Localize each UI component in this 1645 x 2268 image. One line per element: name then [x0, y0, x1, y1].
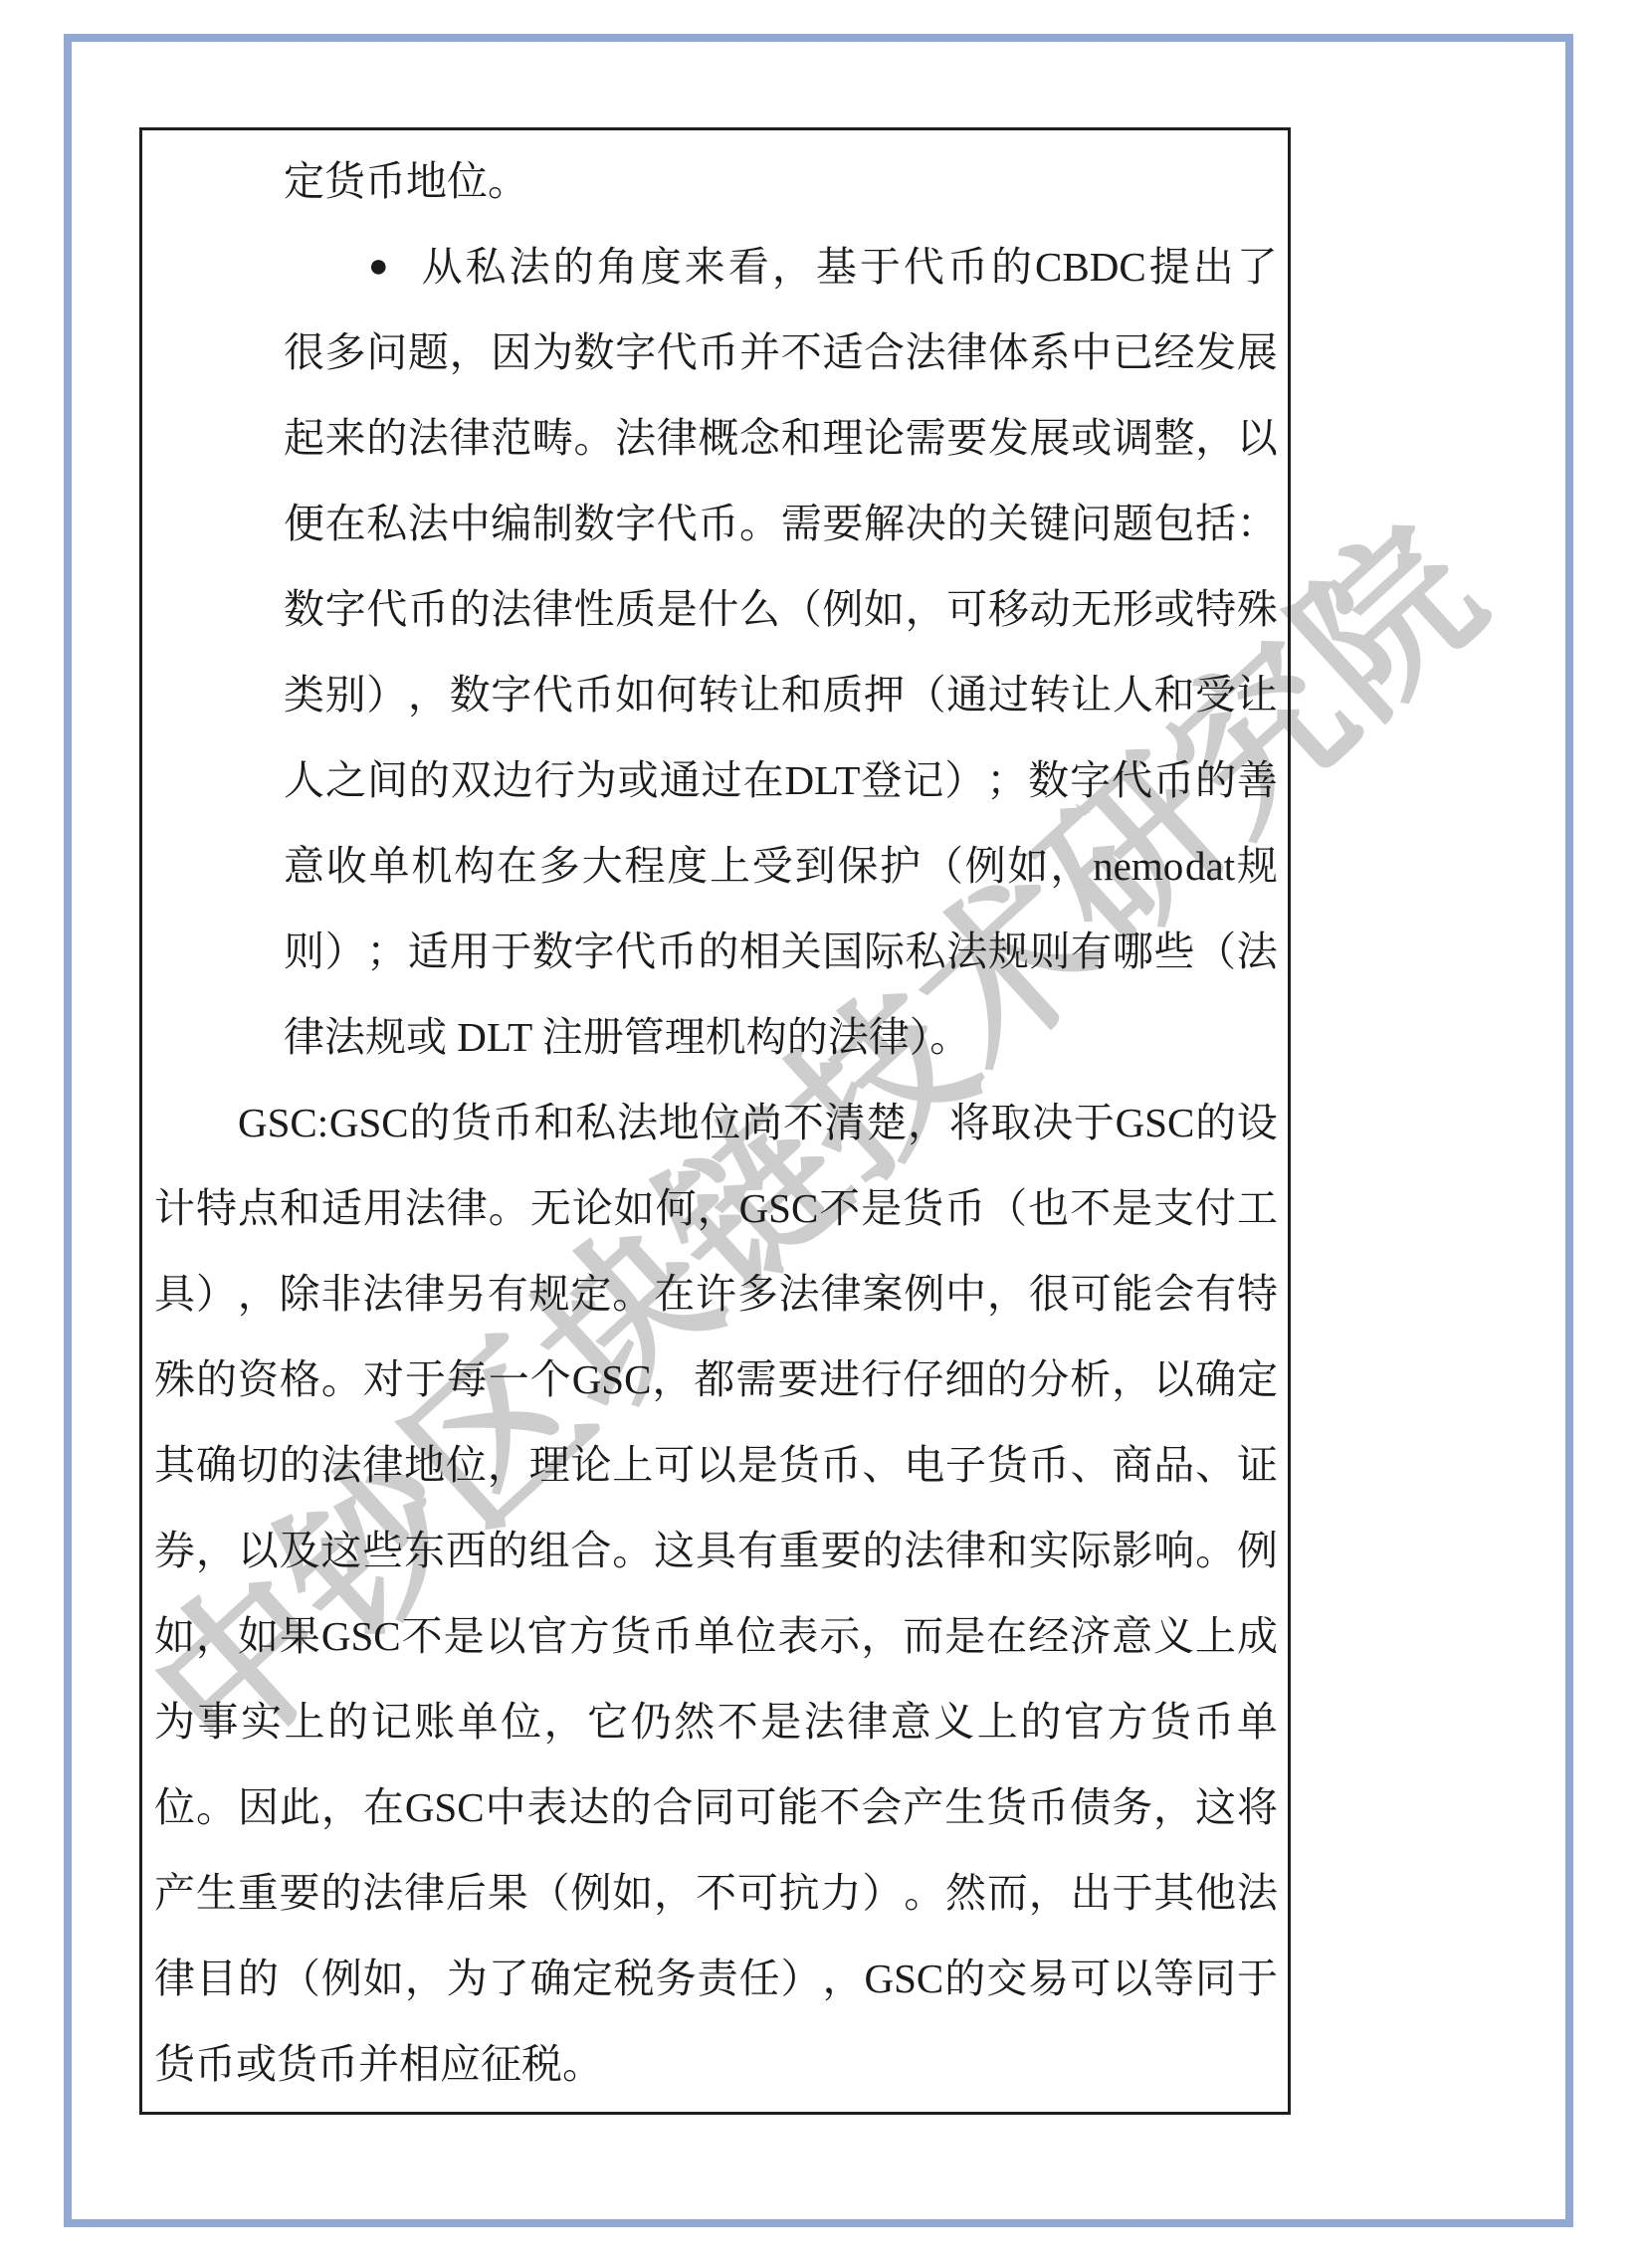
text-line: GSC:GSC的货币和私法地位尚不清楚，将取决于GSC的设: [154, 1080, 1278, 1165]
text-line: 人之间的双边行为或通过在DLT登记）；数字代币的善: [154, 737, 1278, 823]
text-line: 意收单机构在多大程度上受到保护（例如，nemodat规: [154, 823, 1278, 909]
text-line: 产生重要的法律后果（例如，不可抗力）。然而，出于其他法: [154, 1850, 1278, 1936]
text-line: 券，以及这些东西的组合。这具有重要的法律和实际影响。例: [154, 1508, 1278, 1593]
document-page: 中钞区块链技术研究院 定货币地位。●从私法的角度来看，基于代币的CBDC提出了很…: [0, 0, 1645, 2268]
text-line: 如，如果GSC不是以官方货币单位表示，而是在经济意义上成: [154, 1593, 1278, 1679]
text-line: 其确切的法律地位，理论上可以是货币、电子货币、商品、证: [154, 1422, 1278, 1508]
text-line: 律目的（例如，为了确定税务责任），GSC的交易可以等同于: [154, 1936, 1278, 2021]
paragraph-lines: 定货币地位。●从私法的角度来看，基于代币的CBDC提出了很多问题，因为数字代币并…: [154, 138, 1278, 2107]
text-line: 便在私法中编制数字代币。需要解决的关键问题包括：: [154, 481, 1278, 566]
text-line: 很多问题，因为数字代币并不适合法律体系中已经发展: [154, 309, 1278, 395]
text-line: 类别），数字代币如何转让和质押（通过转让人和受让: [154, 652, 1278, 737]
content-text-box: 定货币地位。●从私法的角度来看，基于代币的CBDC提出了很多问题，因为数字代币并…: [139, 127, 1291, 2115]
text-line: 律法规或 DLT 注册管理机构的法律）。: [154, 994, 1278, 1080]
text-line: 货币或货币并相应征税。: [154, 2021, 1278, 2107]
text-line: 为事实上的记账单位，它仍然不是法律意义上的官方货币单: [154, 1679, 1278, 1764]
text-line: 计特点和适用法律。无论如何，GSC不是货币（也不是支付工: [154, 1165, 1278, 1251]
text-line: 殊的资格。对于每一个GSC，都需要进行仔细的分析，以确定: [154, 1337, 1278, 1422]
text-line: 定货币地位。: [154, 138, 1278, 224]
text-line: 起来的法律范畴。法律概念和理论需要发展或调整，以: [154, 395, 1278, 481]
text-line: ●从私法的角度来看，基于代币的CBDC提出了: [154, 224, 1278, 309]
text-line: 具），除非法律另有规定。在许多法律案例中，很可能会有特: [154, 1251, 1278, 1337]
bullet-icon: ●: [368, 224, 389, 309]
text-line: 数字代币的法律性质是什么（例如，可移动无形或特殊: [154, 566, 1278, 652]
text-line: 则）；适用于数字代币的相关国际私法规则有哪些（法: [154, 909, 1278, 994]
text-line: 位。因此，在GSC中表达的合同可能不会产生货币债务，这将: [154, 1764, 1278, 1850]
